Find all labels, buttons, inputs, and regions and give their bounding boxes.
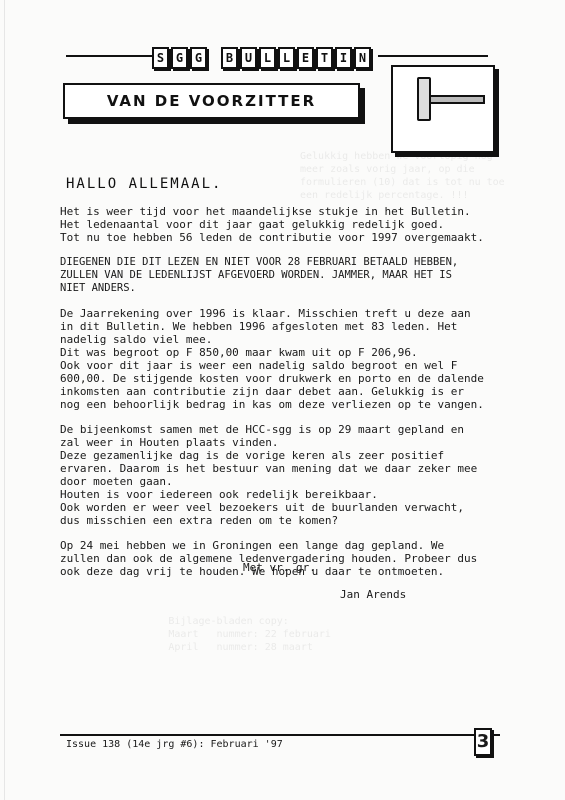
masthead-rule-right	[378, 55, 488, 57]
masthead-letter: I	[335, 47, 352, 69]
paragraph: De Jaarrekening over 1996 is klaar. Miss…	[60, 307, 510, 411]
masthead-rule-left	[66, 55, 162, 57]
bleed-through-text: Gelukkig hebben we voorlopig nog meer zo…	[300, 150, 505, 202]
masthead-letter: G	[190, 47, 207, 69]
masthead-letter: G	[171, 47, 188, 69]
paragraph: DIEGENEN DIE DIT LEZEN EN NIET VOOR 28 F…	[60, 256, 510, 295]
masthead-letter: L	[278, 47, 295, 69]
masthead-letter: N	[354, 47, 371, 69]
masthead-letter: E	[297, 47, 314, 69]
closing: Met vr. gr.	[243, 561, 316, 574]
masthead-letter: L	[259, 47, 276, 69]
signature: Jan Arends	[340, 588, 406, 601]
article-body: Het is weer tijd voor het maandelijkse s…	[60, 205, 510, 590]
page-edge	[4, 0, 5, 800]
paragraph: Het is weer tijd voor het maandelijkse s…	[60, 205, 510, 244]
greeting: HALLO ALLEMAAL.	[66, 176, 222, 192]
masthead-sgg-bulletin: S G G B U L L E T I N	[152, 47, 371, 69]
page-number: 3	[474, 728, 492, 756]
masthead-letter: U	[240, 47, 257, 69]
masthead-letter: B	[221, 47, 238, 69]
issue-info: Issue 138 (14e jrg #6): Februari '97	[66, 739, 283, 750]
section-title-box: VAN DE VOORZITTER	[63, 83, 360, 119]
logo-box	[391, 65, 495, 153]
section-title: VAN DE VOORZITTER	[107, 92, 316, 110]
footer-rule	[60, 734, 500, 736]
masthead-letter: T	[316, 47, 333, 69]
bleed-through-text: Bijlage-bladen copy: Maart nummer: 22 fe…	[60, 615, 331, 654]
masthead-letter: S	[152, 47, 169, 69]
paragraph: De bijeenkomst samen met de HCC-sgg is o…	[60, 423, 510, 527]
